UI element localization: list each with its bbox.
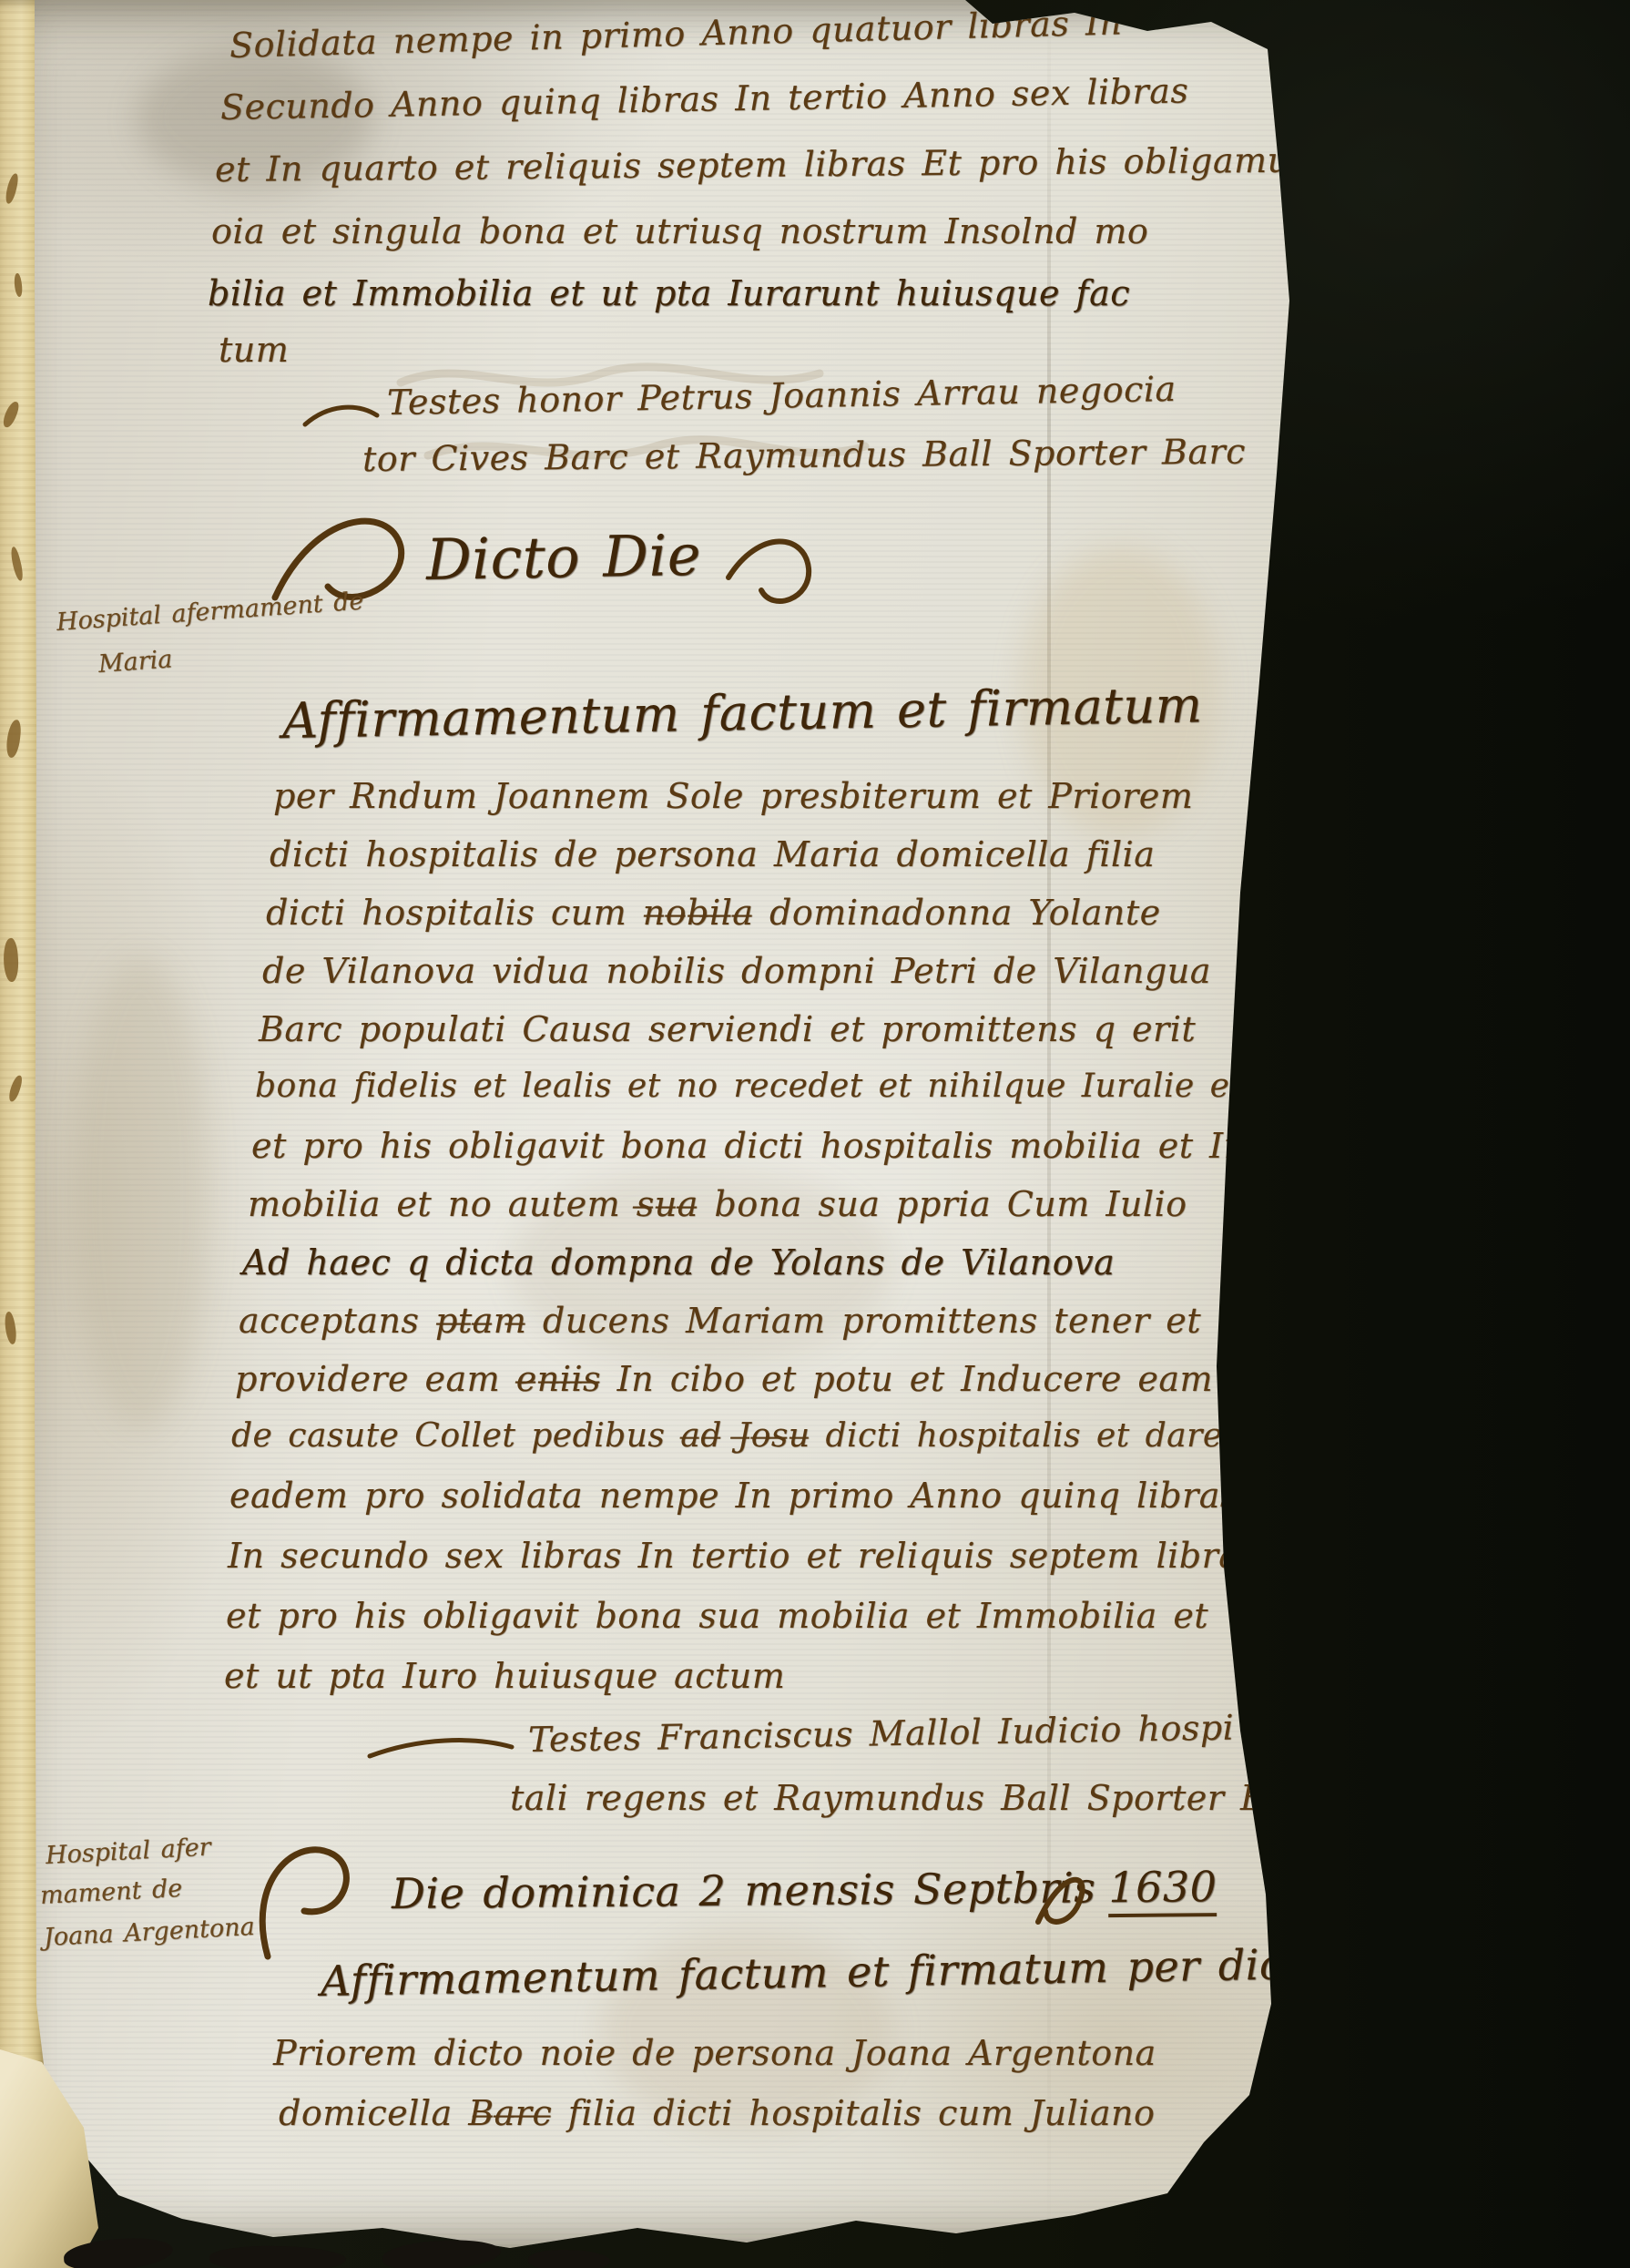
text-line: Barc populati Causa serviendi et promitt… bbox=[259, 1009, 1196, 1049]
text-line: providere eam e̶n̶i̶i̶s̶ In cibo et potu… bbox=[235, 1359, 1213, 1399]
text-line: Priorem dicto noie de persona Joana Arge… bbox=[273, 2033, 1156, 2073]
ink-fragment bbox=[2, 938, 19, 983]
text-line: Ad haec q dicta dompna de Yolans de Vila… bbox=[242, 1242, 1115, 1282]
date-text: Die dominica 2 mensis Septbris bbox=[392, 1863, 1096, 1918]
text-line: domicella B̶a̶r̶c̶ filia dicti hospitali… bbox=[279, 2093, 1155, 2133]
ink-fragment bbox=[13, 273, 24, 298]
text-line: dicti hospitalis de persona Maria domice… bbox=[270, 834, 1155, 874]
text-line: tum bbox=[219, 330, 289, 370]
bottom-dark-mark bbox=[209, 2243, 347, 2268]
section-heading: Dicto Die bbox=[425, 522, 701, 593]
text-line: eadem pro solidata nempe In primo Anno q… bbox=[229, 1476, 1238, 1516]
text-line: acceptans p̶t̶a̶m̶ ducens Mariam promitt… bbox=[239, 1301, 1201, 1341]
text-line: dicti hospitalis cum n̶o̶b̶i̶l̶a̶ domina… bbox=[266, 893, 1161, 933]
flourish-swash-icon bbox=[364, 1732, 519, 1765]
text-line: oia et singula bona et utriusq nostrum I… bbox=[211, 211, 1148, 251]
text-line: de Vilanova vidua nobilis dompni Petri d… bbox=[262, 951, 1211, 991]
manuscript-photo-scene: Solidata nempe in primo Anno quatuor lib… bbox=[0, 0, 1630, 2268]
text-line: mobilia et no autem s̶u̶a̶ bona sua ppri… bbox=[248, 1184, 1187, 1224]
ink-fragment bbox=[1, 400, 21, 429]
ink-fragment bbox=[5, 719, 22, 758]
bottom-dark-mark bbox=[382, 2239, 501, 2268]
flourish-swash-icon bbox=[1027, 1858, 1100, 1940]
ink-fragment bbox=[3, 1311, 18, 1344]
text-line: et ut pta Iuro huiusque actum bbox=[224, 1656, 785, 1696]
bottom-dark-mark bbox=[527, 2248, 610, 2268]
text-line: per Rndum Joannem Sole presbiterum et Pr… bbox=[273, 776, 1193, 816]
manuscript-page: Solidata nempe in primo Anno quatuor lib… bbox=[0, 0, 1630, 2268]
text-line: bilia et Immobilia et ut pta Iurarunt hu… bbox=[208, 273, 1130, 313]
text-line: bona fidelis et lealis et no recedet et … bbox=[255, 1068, 1243, 1105]
flourish-swash-icon bbox=[244, 1829, 381, 1966]
text-line: et pro his obligavit bona sua mobilia et… bbox=[226, 1596, 1208, 1636]
ink-fragment bbox=[9, 546, 25, 581]
flourish-swash-icon bbox=[301, 397, 382, 434]
text-line: de casute Collet pedibus a̶d̶ J̶o̶s̶u̶ d… bbox=[231, 1417, 1223, 1455]
stain bbox=[73, 956, 209, 1430]
flourish-swash-icon bbox=[721, 521, 821, 612]
year-underlined: 1630 bbox=[1108, 1862, 1217, 1917]
ink-fragment bbox=[7, 1074, 24, 1103]
text-line: In secundo sex libras In tertio et reliq… bbox=[228, 1536, 1258, 1576]
ink-fragment bbox=[5, 172, 20, 204]
margin-note-line: Maria bbox=[97, 645, 173, 679]
witness-line: tor Cives Barc et Raymundus Ball Sporter… bbox=[362, 432, 1246, 479]
witness-line: tali regens et Raymundus Ball Sporter Ba… bbox=[510, 1778, 1324, 1818]
text-line: et pro his obligavit bona dicti hospital… bbox=[251, 1126, 1257, 1166]
